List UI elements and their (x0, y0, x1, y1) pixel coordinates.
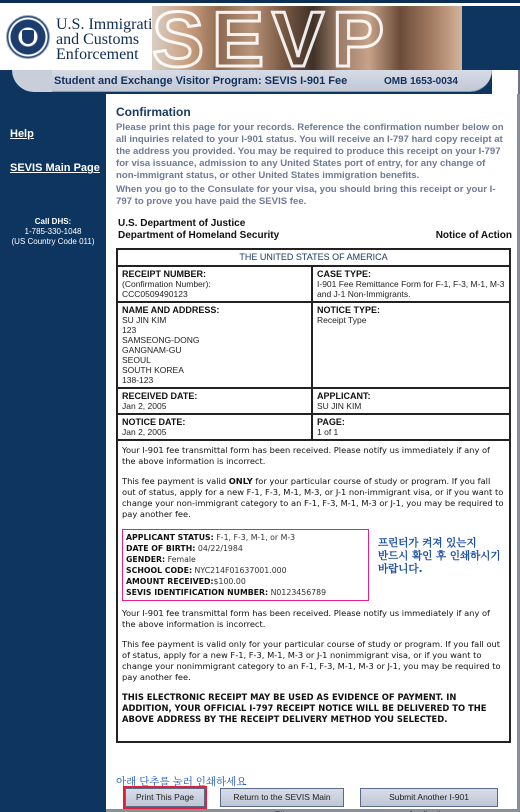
print-page-button[interactable]: Print This Page (125, 788, 205, 807)
confirmation-number-sublabel: (Confirmation Number): (122, 279, 307, 289)
sevis-id-value: N0123456789 (268, 588, 326, 597)
printer-check-note: 프린터가 켜져 있는지 반드시 확인 후 인쇄하시기 바랍니다. (378, 537, 501, 576)
receipt-notice-table: THE UNITED STATES OF AMERICA RECEIPT NUM… (116, 248, 511, 743)
address-line: 123 (122, 325, 307, 335)
school-code-label: SCHOOL CODE: (126, 566, 192, 575)
page-value: 1 of 1 (317, 427, 505, 437)
sidebar-link-sevis-main-page[interactable]: SEVIS Main Page (10, 162, 100, 174)
applicant-cell: APPLICANT: SU JIN KIM (313, 389, 509, 413)
dob-value: 04/22/1984 (195, 544, 242, 553)
print-hint-text: 아래 단추를 눌러 인쇄하세요 (116, 774, 246, 789)
receipt-row: NOTICE DATE: Jan 2, 2005 PAGE: 1 of 1 (118, 415, 509, 441)
receipt-number-value: CCC0509490123 (122, 289, 307, 299)
case-type-label: CASE TYPE: (317, 269, 505, 279)
receipt-row: RECEIPT NUMBER: (Confirmation Number): C… (118, 267, 509, 303)
note-line: 프린터가 켜져 있는지 (378, 537, 501, 550)
notice-date-cell: NOTICE DATE: Jan 2, 2005 (118, 415, 313, 439)
name-address-label: NAME AND ADDRESS: (122, 305, 307, 315)
gender-value: Female (165, 555, 196, 564)
valid-paragraph-repeat: This fee payment is valid only for your … (122, 639, 505, 683)
evidence-of-payment-note: THIS ELECTRONIC RECEIPT MAY BE USED AS E… (122, 692, 505, 725)
title-bar-corner (492, 70, 520, 94)
sevp-logo-text: SEVP (152, 6, 462, 70)
return-to-sevis-button[interactable]: Return to the SEVIS Main Site (220, 788, 344, 807)
status-line-school-code: SCHOOL CODE: NYC214F01637001.000 (126, 565, 365, 576)
dept-justice: U.S. Department of Justice (118, 218, 279, 230)
department-heading: U.S. Department of Justice Department of… (118, 218, 279, 242)
program-title-bar: Student and Exchange Visitor Program: SE… (0, 70, 520, 94)
school-code-value: NYC214F01637001.000 (192, 566, 287, 575)
call-country-code: (US Country Code 011) (12, 237, 95, 246)
call-label: Call DHS: (35, 217, 71, 226)
dept-homeland-security: Department of Homeland Security (118, 230, 279, 242)
applicant-status-label: APPLICANT STATUS: (126, 533, 214, 542)
receipt-heading: THE UNITED STATES OF AMERICA (118, 250, 509, 267)
applicant-status-box: APPLICANT STATUS: F-1, F-3, M-1, or M-3 … (122, 529, 369, 601)
omb-number: OMB 1653-0034 (384, 76, 458, 87)
valid-text: This fee payment is valid (122, 476, 229, 486)
received-date-cell: RECEIVED DATE: Jan 2, 2005 (118, 389, 313, 413)
address-line: GANGNAM-GU (122, 345, 307, 355)
consulate-paragraph: When you go to the Consulate for your vi… (116, 184, 508, 208)
submit-another-application-button[interactable]: Submit Another I-901 Application (360, 788, 498, 807)
sidebar-link-help[interactable]: Help (10, 128, 34, 140)
program-title: Student and Exchange Visitor Program: SE… (54, 75, 347, 87)
receipt-body: Your I-901 fee transmittal form has been… (118, 441, 509, 741)
address-line: SU JIN KIM (122, 315, 307, 325)
receipt-row: RECEIVED DATE: Jan 2, 2005 APPLICANT: SU… (118, 389, 509, 415)
received-date-value: Jan 2, 2005 (122, 401, 307, 411)
notice-date-label: NOTICE DATE: (122, 417, 307, 427)
address-line: SAMSEONG-DONG (122, 335, 307, 345)
case-type-cell: CASE TYPE: I-901 Fee Remittance Form for… (313, 267, 509, 301)
sevis-id-label: SEVIS IDENTIFICATION NUMBER: (126, 588, 268, 597)
sidebar: Help SEVIS Main Page Call DHS: 1-785-330… (0, 94, 106, 812)
valid-only-paragraph: This fee payment is valid ONLY for your … (122, 476, 505, 520)
header-banner: U.S. Immigration and Customs Enforcement… (0, 0, 520, 70)
receipt-number-cell: RECEIPT NUMBER: (Confirmation Number): C… (118, 267, 313, 301)
valid-emphasis: ONLY (229, 476, 253, 486)
note-line: 바랍니다. (378, 563, 501, 576)
note-line: 반드시 확인 후 인쇄하시기 (378, 550, 501, 563)
dhs-seal-icon (6, 15, 50, 59)
applicant-value: SU JIN KIM (317, 401, 505, 411)
amount-value: $100.00 (214, 577, 246, 586)
intro-paragraph: Please print this page for your records.… (116, 122, 508, 182)
gender-label: GENDER: (126, 555, 165, 564)
notice-date-value: Jan 2, 2005 (122, 427, 307, 437)
applicant-label: APPLICANT: (317, 391, 505, 401)
dob-label: DATE OF BIRTH: (126, 544, 195, 553)
received-paragraph-repeat: Your I-901 fee transmittal form has been… (122, 608, 505, 630)
amount-label: AMOUNT RECEIVED: (126, 577, 214, 586)
notice-of-action-label: Notice of Action (436, 230, 512, 241)
applicant-status-section: APPLICANT STATUS: F-1, F-3, M-1, or M-3 … (122, 529, 505, 601)
receipt-row: NAME AND ADDRESS: SU JIN KIM 123 SAMSEON… (118, 303, 509, 389)
status-line-gender: GENDER: Female (126, 554, 365, 565)
address-line: SOUTH KOREA (122, 365, 307, 375)
applicant-status-value: F-1, F-3, M-1, or M-3 (214, 533, 295, 542)
received-date-label: RECEIVED DATE: (122, 391, 307, 401)
address-line: 138-123 (122, 375, 307, 385)
page-cell: PAGE: 1 of 1 (313, 415, 509, 439)
notice-type-cell: NOTICE TYPE: Receipt Type (313, 303, 509, 387)
call-dhs-info: Call DHS: 1-785-330-1048 (US Country Cod… (0, 217, 106, 247)
banner-navy-block (462, 6, 520, 70)
case-type-value: I-901 Fee Remittance Form for F-1, F-3, … (317, 279, 505, 299)
status-line-applicant-status: APPLICANT STATUS: F-1, F-3, M-1, or M-3 (126, 532, 365, 543)
notice-type-label: NOTICE TYPE: (317, 305, 505, 315)
page-label: PAGE: (317, 417, 505, 427)
status-line-amount: AMOUNT RECEIVED:$100.00 (126, 576, 365, 587)
status-line-dob: DATE OF BIRTH: 04/22/1984 (126, 543, 365, 554)
notice-type-value: Receipt Type (317, 315, 505, 325)
received-paragraph: Your I-901 fee transmittal form has been… (122, 445, 505, 467)
address-line: SEOUL (122, 355, 307, 365)
name-address-cell: NAME AND ADDRESS: SU JIN KIM 123 SAMSEON… (118, 303, 313, 387)
status-line-sevis-id: SEVIS IDENTIFICATION NUMBER: N0123456789 (126, 587, 365, 598)
page-title: Confirmation (116, 105, 191, 119)
call-number: 1-785-330-1048 (25, 227, 82, 236)
receipt-number-label: RECEIPT NUMBER: (122, 269, 307, 279)
